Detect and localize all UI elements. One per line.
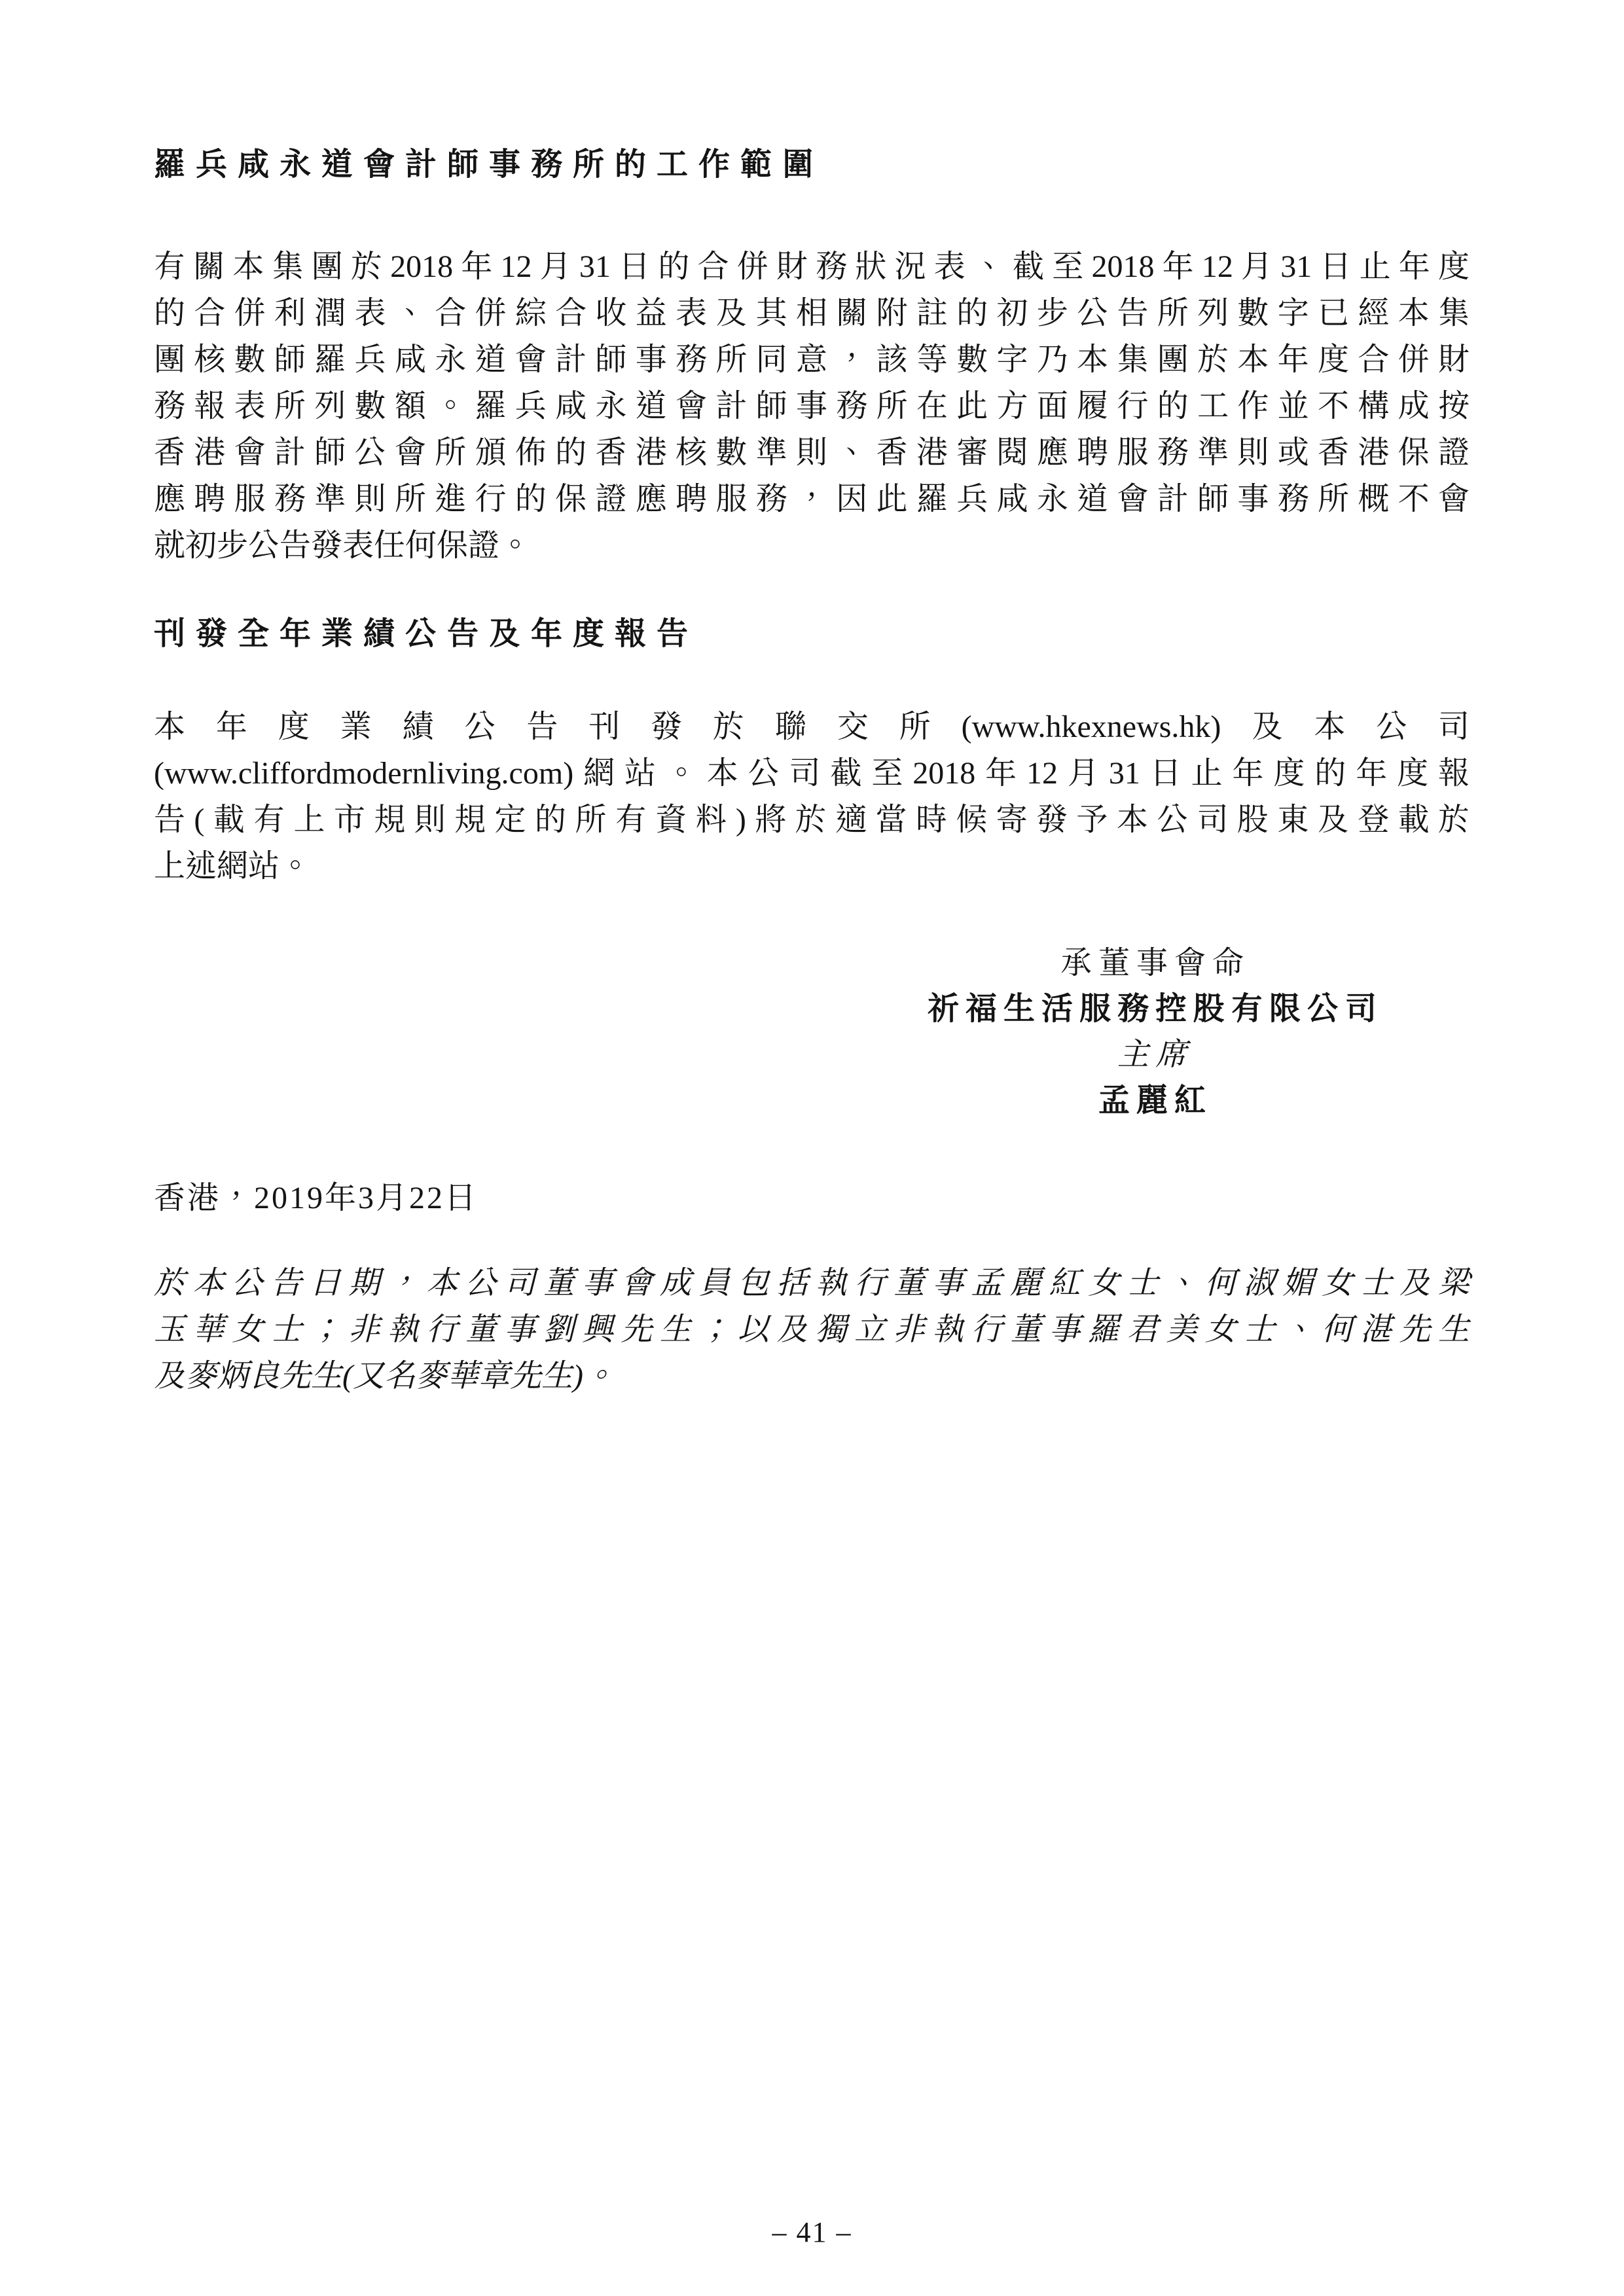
board-composition-note: 於本公告日期，本公司董事會成員包括執行董事孟麗紅女士、何淑媚女士及梁 玉華女士；…	[154, 1260, 1470, 1399]
chairman-title: 主席	[841, 1032, 1470, 1078]
paragraph-line: 應聘服務準則所進行的保證應聘服務，因此羅兵咸永道會計師事務所概不會	[154, 476, 1470, 522]
dateline-hong-kong: 香港，2019年3月22日	[154, 1175, 1470, 1222]
by-order-of-board-line: 承董事會命	[841, 941, 1470, 986]
paragraph-line: 團核數師羅兵咸永道會計師事務所同意，該等數字乃本集團於本年度合併財	[154, 336, 1470, 383]
paragraph-line: 本年度業績公告刊發於聯交所(www.hkexnews.hk)及本公司	[154, 704, 1470, 750]
paragraph-line: 就初步公告發表任何保證。	[154, 522, 1470, 569]
paragraph-line: 告(載有上市規則規定的所有資料)將於適當時候寄發予本公司股東及登載於	[154, 797, 1470, 843]
paragraph-line: (www.cliffordmodernliving.com)網站。本公司截至20…	[154, 750, 1470, 797]
page-number: – 41 –	[0, 2214, 1624, 2251]
paragraph-line: 有關本集團於2018年12月31日的合併財務狀況表、截至2018年12月31日止…	[154, 243, 1470, 290]
note-line: 於本公告日期，本公司董事會成員包括執行董事孟麗紅女士、何淑媚女士及梁	[154, 1260, 1470, 1306]
company-name: 祈福生活服務控股有限公司	[841, 986, 1470, 1032]
paragraph-publication: 本年度業績公告刊發於聯交所(www.hkexnews.hk)及本公司 (www.…	[154, 704, 1470, 889]
paragraph-line: 上述網站。	[154, 843, 1470, 889]
note-line: 玉華女士；非執行董事劉興先生；以及獨立非執行董事羅君美女士、何湛先生	[154, 1306, 1470, 1353]
note-line: 及麥炳良先生(又名麥華章先生)。	[154, 1353, 1470, 1399]
document-body: 羅兵咸永道會計師事務所的工作範圍 有關本集團於2018年12月31日的合併財務狀…	[154, 0, 1470, 1399]
paragraph-line: 的合併利潤表、合併綜合收益表及其相關附註的初步公告所列數字已經本集	[154, 290, 1470, 336]
document-page: 羅兵咸永道會計師事務所的工作範圍 有關本集團於2018年12月31日的合併財務狀…	[0, 0, 1624, 2296]
paragraph-pwc-scope: 有關本集團於2018年12月31日的合併財務狀況表、截至2018年12月31日止…	[154, 243, 1470, 569]
heading-publication-annual-results: 刊發全年業績公告及年度報告	[154, 615, 1470, 654]
paragraph-line: 香港會計師公會所頒佈的香港核數準則、香港審閱應聘服務準則或香港保證	[154, 429, 1470, 476]
paragraph-line: 務報表所列數額。羅兵咸永道會計師事務所在此方面履行的工作並不構成按	[154, 383, 1470, 429]
chairman-name: 孟麗紅	[841, 1078, 1470, 1124]
signature-block: 承董事會命 祈福生活服務控股有限公司 主席 孟麗紅	[841, 941, 1470, 1124]
heading-pwc-scope-of-work: 羅兵咸永道會計師事務所的工作範圍	[154, 145, 1470, 185]
